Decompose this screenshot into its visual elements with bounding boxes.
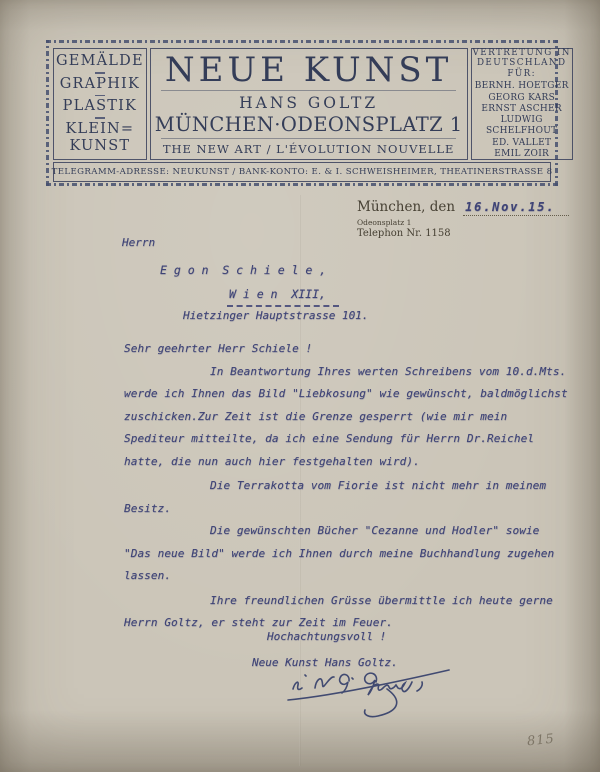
artist-name: EMIL ZOIR xyxy=(494,149,549,160)
category-label: GEMÄLDE xyxy=(56,53,144,70)
rule-line xyxy=(161,138,456,139)
letter-body: Sehr geehrter Herr Schiele ! In Beantwor… xyxy=(124,338,579,635)
recipient-block: Herrn E g o n S c h i e l e , W i e n XI… xyxy=(122,236,422,336)
artist-name: SCHELFHOUT xyxy=(486,126,558,137)
artist-name: ERNST ASCHER xyxy=(481,104,562,115)
stitch-border-top xyxy=(46,40,558,43)
artist-name: ED. VALLET xyxy=(492,138,551,149)
artist-name: BERNH. HOETGER xyxy=(475,81,569,92)
stitch-border-bottom xyxy=(46,183,558,186)
letterhead-street-small: Odeonsplatz 1 xyxy=(357,218,569,227)
category-label: GRAPHIK xyxy=(60,76,140,93)
separator-dash xyxy=(95,72,105,74)
greeting-line: Sehr geehrter Herr Schiele ! xyxy=(124,338,579,361)
body-line: werde ich Ihnen das Bild "Liebkosung" wi… xyxy=(124,383,579,406)
recipient-name: E g o n S c h i e l e , xyxy=(160,263,326,277)
date-prefix: München, den xyxy=(357,199,455,215)
body-line: Spediteur mitteilte, da ich eine Sendung… xyxy=(124,428,579,451)
stitch-border-left xyxy=(46,40,49,186)
typed-dashed-underline xyxy=(227,305,339,307)
letter-scan-page: GEMÄLDE GRAPHIK PLASTIK KLEIN= KUNST NEU… xyxy=(0,0,600,772)
signature-letters-stroke xyxy=(293,673,422,695)
body-line: Besitz. xyxy=(124,498,579,521)
letterhead-representation-box: VERTRETUNG IN DEUTSCHLAND FÜR: BERNH. HO… xyxy=(471,48,573,160)
body-line: Die Terrakotta vom Fiorie ist nicht mehr… xyxy=(124,475,579,498)
letterhead: GEMÄLDE GRAPHIK PLASTIK KLEIN= KUNST NEU… xyxy=(46,40,558,186)
recipient-salutation: Herrn xyxy=(122,236,155,249)
recipient-street: Hietzinger Hauptstrasse 101. xyxy=(183,309,368,322)
category-label: KUNST xyxy=(69,138,130,155)
body-line: Die gewünschten Bücher "Cezanne und Hodl… xyxy=(124,520,579,543)
letterhead-categories-box: GEMÄLDE GRAPHIK PLASTIK KLEIN= KUNST xyxy=(53,48,147,160)
artist-name: LUDWIG xyxy=(501,115,543,126)
category-label: KLEIN= xyxy=(65,121,134,138)
artist-name: GEORG KARS xyxy=(488,93,555,104)
recipient-city: W i e n XIII, xyxy=(229,287,326,301)
date-block: München, den 16.Nov.15. Odeonsplatz 1 Te… xyxy=(357,199,569,239)
handwritten-signature xyxy=(281,659,459,723)
body-line: Ihre freundlichen Grüsse übermittle ich … xyxy=(124,590,579,613)
body-line: zuschicken.Zur Zeit ist die Grenze gespe… xyxy=(124,406,579,429)
pencil-catalog-number: 815 xyxy=(526,732,555,750)
typed-date: 16.Nov.15. xyxy=(463,200,569,216)
separator-dash xyxy=(95,117,105,119)
category-label: PLASTIK xyxy=(63,98,137,115)
rule-line xyxy=(161,90,456,91)
gallery-address: MÜNCHEN·ODEONSPLATZ 1 xyxy=(155,113,463,137)
body-line: "Das neue Bild" werde ich Ihnen durch me… xyxy=(124,543,579,566)
representation-heading: FÜR: xyxy=(507,69,536,80)
body-line: lassen. xyxy=(124,565,579,588)
gallery-tagline: THE NEW ART / L'ÉVOLUTION NOUVELLE xyxy=(163,142,455,157)
letterhead-telegram-bar: TELEGRAMM-ADRESSE: NEUKUNST / BANK-KONTO… xyxy=(53,162,551,182)
body-line: In Beantwortung Ihres werten Schreibens … xyxy=(124,361,579,384)
body-line: hatte, die nun auch hier festgehalten wi… xyxy=(124,451,579,474)
representation-heading: DEUTSCHLAND xyxy=(477,58,567,69)
gallery-title: NEUE KUNST xyxy=(165,51,452,89)
proprietor-name: HANS GOLTZ xyxy=(239,94,378,113)
letterhead-title-box: NEUE KUNST HANS GOLTZ MÜNCHEN·ODEONSPLAT… xyxy=(150,48,468,160)
valediction-line: Hochachtungsvoll ! xyxy=(267,630,386,643)
separator-dash xyxy=(95,95,105,97)
representation-heading: VERTRETUNG IN xyxy=(473,48,571,59)
letterhead-boxes: GEMÄLDE GRAPHIK PLASTIK KLEIN= KUNST NEU… xyxy=(53,48,551,160)
